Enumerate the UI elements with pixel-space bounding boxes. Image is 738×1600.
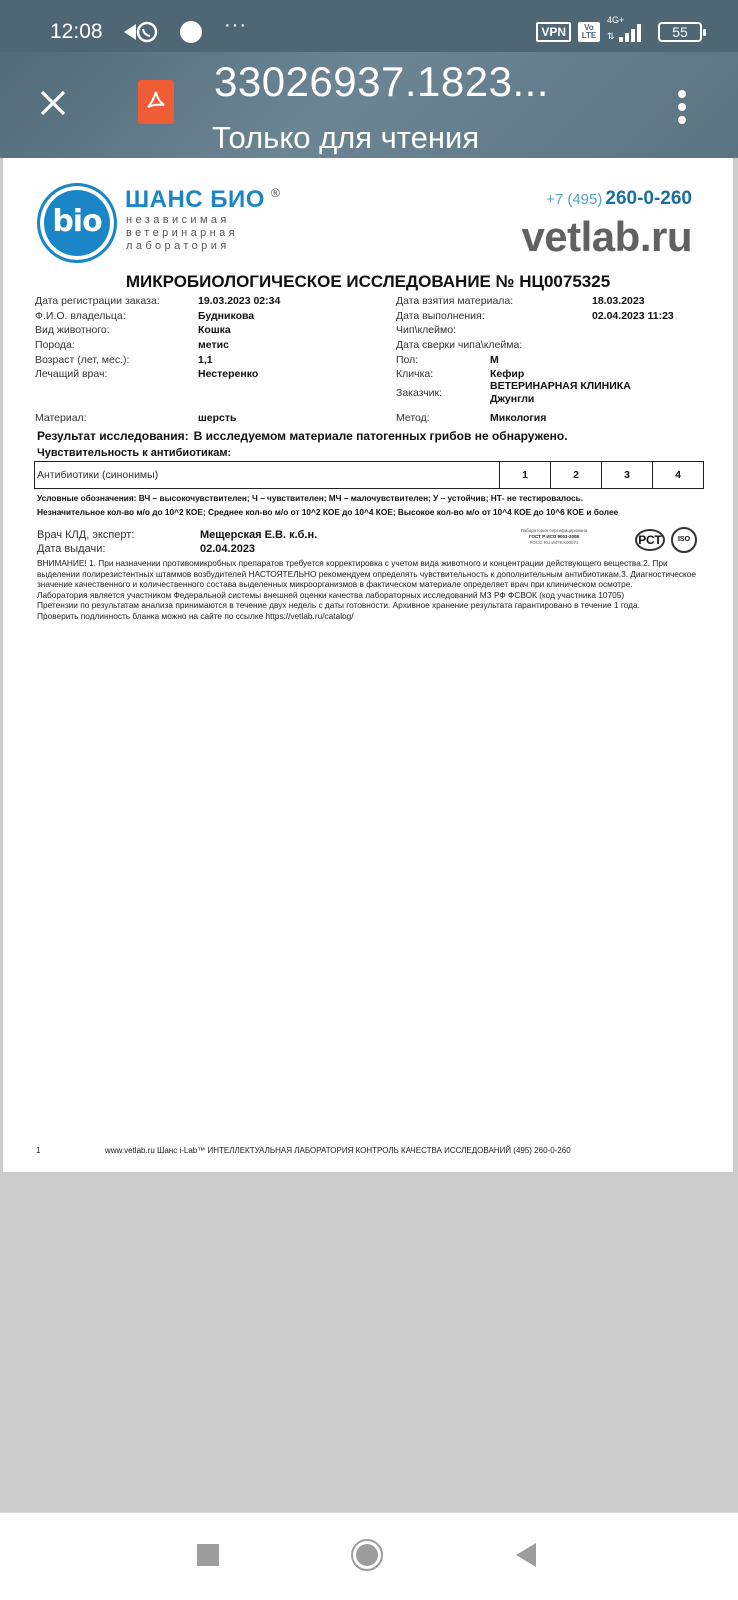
result-label: Результат исследования: (37, 429, 189, 443)
field-label: Чип\клеймо: (396, 323, 592, 338)
data-arrows-icon: ⇅ (607, 31, 615, 42)
phone-number: 260-0-260 (605, 188, 692, 209)
field-value: 18.03.2023 (592, 294, 645, 309)
signal-icon: 4G+ ⇅ (607, 22, 651, 42)
pdf-file-icon (138, 80, 174, 124)
signal-bar (619, 37, 623, 42)
order-details-right: Дата взятия материала:18.03.2023 Дата вы… (396, 294, 674, 382)
back-button[interactable] (516, 1543, 536, 1567)
antibiotics-table: Антибиотики (синонимы) 1 2 3 4 (34, 461, 704, 489)
recents-button[interactable] (197, 1544, 219, 1566)
legend-line: Условные обозначения: ВЧ – высокочувстви… (37, 491, 618, 505)
sensitivity-label: Чувствительность к антибиотикам: (37, 447, 231, 459)
volte-bottom: LTE (582, 31, 597, 40)
legend-line: Незначительное кол-во м/о до 10^2 КОЕ; С… (37, 505, 618, 519)
brand-tagline: независимая ветеринарная лаборатория (126, 214, 238, 253)
cert-line: РОСС RU.И478.К00071 (519, 540, 589, 546)
field-row: Порода:метис (35, 338, 280, 353)
document-title: МИКРОБИОЛОГИЧЕСКОЕ ИССЛЕДОВАНИЕ № НЦ0075… (3, 272, 733, 292)
tagline-line: независимая (126, 214, 238, 227)
signal-bar (625, 33, 629, 42)
field-value: Кошка (198, 323, 231, 338)
field-label: Дата сверки чипа\клейма: (396, 338, 592, 353)
field-label: Дата выдачи: (37, 542, 200, 556)
table-header-row: Антибиотики (синонимы) 1 2 3 4 (35, 462, 704, 489)
field-label: Лечащий врач: (35, 367, 198, 382)
brand-name: ШАНС БИО® (125, 186, 280, 214)
customer-field: Заказчик: ВЕТЕРИНАРНАЯ КЛИНИКАДжунгли (396, 380, 631, 406)
field-value: Нестеренко (198, 367, 258, 382)
customer-line: ВЕТЕРИНАРНАЯ КЛИНИКА (490, 380, 631, 392)
vpn-icon: VPN (536, 22, 571, 42)
table-header-cell: Антибиотики (синонимы) (35, 462, 500, 489)
volte-icon: VoLTE (578, 22, 600, 42)
network-type: 4G+ (607, 15, 624, 25)
field-value: 02.04.2023 11:23 (592, 309, 674, 324)
field-row: Дата регистрации заказа:19.03.2023 02:34 (35, 294, 280, 309)
notification-dot-icon (180, 21, 202, 43)
field-row: Дата взятия материала:18.03.2023 (396, 294, 674, 309)
phone-code: +7 (495) (546, 191, 602, 208)
lab-website: vetlab.ru (521, 213, 692, 261)
field-label: Дата регистрации заказа: (35, 294, 198, 309)
field-label: Пол: (396, 353, 490, 368)
field-label: Ф.И.О. владельца: (35, 309, 198, 324)
legend: Условные обозначения: ВЧ – высокочувстви… (37, 491, 618, 519)
notice-text: ВНИМАНИЕ! 1. При назначении противомикро… (37, 558, 702, 622)
table-header-cell: 2 (551, 462, 602, 489)
field-label: Материал: (35, 412, 198, 424)
close-icon[interactable] (36, 86, 70, 120)
registered-mark: ® (271, 186, 280, 200)
lab-phone: +7 (495)260-0-260 (546, 188, 692, 210)
iso-mark-icon: ISO (671, 527, 697, 553)
field-label: Заказчик: (396, 380, 490, 406)
field-row: Пол:М (396, 353, 674, 368)
customer-line: Джунгли (490, 393, 534, 405)
status-bar: 12:08 ··· VPN VoLTE 4G+ ⇅ 55 (0, 0, 738, 52)
app-bar: 33026937.1823... Только для чтения (0, 52, 738, 158)
logo-text: bio (40, 204, 114, 239)
field-value: 19.03.2023 02:34 (198, 294, 280, 309)
bio-logo: bio (37, 183, 117, 263)
page-number: 1 (36, 1146, 40, 1155)
tagline-line: ветеринарная (126, 227, 238, 240)
notice-paragraph: Проверить подлинность бланка можно на са… (37, 611, 702, 622)
field-row: Вид животного:Кошка (35, 323, 280, 338)
rst-mark-icon: РСТ (635, 529, 665, 551)
read-only-label: Только для чтения (212, 120, 479, 156)
field-value: 1,1 (198, 353, 213, 368)
notice-paragraph: Претензии по результатам анализа принима… (37, 600, 702, 611)
field-value: 02.04.2023 (200, 542, 255, 556)
navigation-bar (0, 1512, 738, 1600)
field-label: Порода: (35, 338, 198, 353)
notice-paragraph: ВНИМАНИЕ! 1. При назначении противомикро… (37, 558, 702, 590)
field-label: Дата выполнения: (396, 309, 592, 324)
page-footer: www.vetlab.ru Шанс i-Lab™ ИНТЕЛЛЕКТУАЛЬН… (105, 1146, 571, 1155)
field-value: Микология (490, 412, 546, 424)
home-button[interactable] (351, 1539, 383, 1571)
tagline-line: лаборатория (126, 240, 238, 253)
notice-paragraph: Лаборатория является участником Федераль… (37, 590, 702, 601)
field-value: Мещерская Е.В. к.б.н. (200, 528, 317, 542)
kebab-menu-icon[interactable] (678, 90, 686, 124)
more-notifications-icon: ··· (224, 14, 247, 37)
field-label: Врач КЛД, эксперт: (37, 528, 200, 542)
field-row: Ф.И.О. владельца:Будникова (35, 309, 280, 324)
certification-text: Лаборатория сертифицирована ГОСТ Р ИСО 9… (519, 528, 589, 546)
signal-bar (631, 29, 635, 42)
whatsapp-icon (122, 20, 160, 44)
field-row: Дата сверки чипа\клейма: (396, 338, 674, 353)
file-title: 33026937.1823... (214, 58, 549, 106)
brand-name-text: ШАНС БИО (125, 186, 265, 213)
field-value: шерсть (198, 412, 396, 424)
material-method-row: Материал: шерсть Метод: Микология (35, 412, 735, 424)
signal-bar (637, 24, 641, 42)
field-label: Возраст (лет, мес.): (35, 353, 198, 368)
field-row: Возраст (лет, мес.):1,1 (35, 353, 280, 368)
field-value: метис (198, 338, 229, 353)
field-label: Вид животного: (35, 323, 198, 338)
battery-icon: 55 (658, 22, 702, 42)
field-row: Дата выполнения:02.04.2023 11:23 (396, 309, 674, 324)
study-result: Результат исследования:В исследуемом мат… (37, 429, 568, 443)
expert-block: Врач КЛД, эксперт:Мещерская Е.В. к.б.н. … (37, 528, 317, 556)
table-header-cell: 4 (653, 462, 704, 489)
clock: 12:08 (50, 20, 103, 44)
field-value: ВЕТЕРИНАРНАЯ КЛИНИКАДжунгли (490, 380, 631, 406)
table-header-cell: 3 (602, 462, 653, 489)
result-value: В исследуемом материале патогенных грибо… (194, 429, 568, 443)
field-row: Чип\клеймо: (396, 323, 674, 338)
field-row: Лечащий врач:Нестеренко (35, 367, 280, 382)
field-label: Метод: (396, 412, 490, 424)
table-header-cell: 1 (500, 462, 551, 489)
field-value: Будникова (198, 309, 254, 324)
order-details-left: Дата регистрации заказа:19.03.2023 02:34… (35, 294, 280, 382)
pdf-page: bio ШАНС БИО® независимая ветеринарная л… (3, 158, 733, 1172)
field-value: М (490, 353, 499, 368)
field-label: Дата взятия материала: (396, 294, 592, 309)
